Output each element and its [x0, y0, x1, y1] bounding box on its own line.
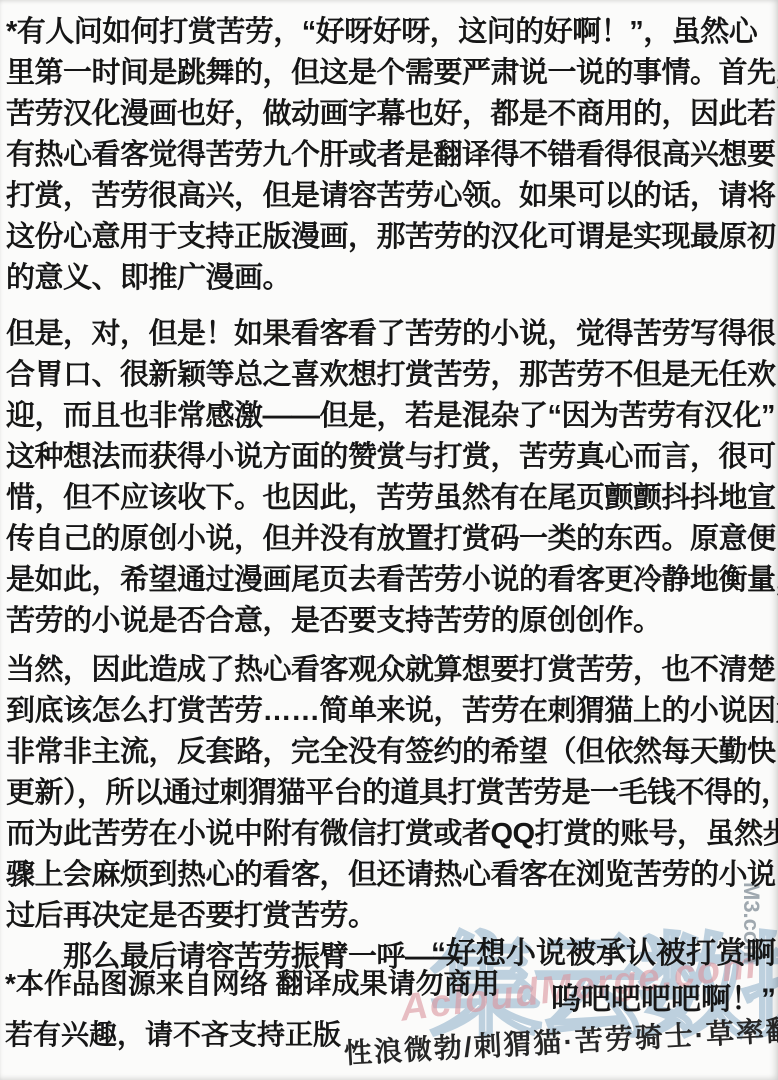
- text-line: 合胃口、很新颖等总之喜欢想打赏苦劳，那苦劳不但是无任欢: [6, 355, 778, 396]
- text-line: 这份心意用于支持正版漫画，那苦劳的汉化可谓是实现最原初: [6, 217, 778, 258]
- quote-line-1: “好想小说被承认被打赏啊: [431, 931, 776, 977]
- text-line: 当然，因此造成了热心看客观众就算想要打赏苦劳，也不清楚: [6, 650, 778, 691]
- paragraph-manga-reward-policy: *有人问如何打赏苦劳，“好呀好呀，这问的好啊！”，虽然心里第一时间是跳舞的，但这…: [6, 12, 778, 299]
- text-line: *有人问如何打赏苦劳，“好呀好呀，这问的好啊！”，虽然心: [6, 12, 778, 53]
- text-line: 里第一时间是跳舞的，但这是个需要严肃说一说的事情。首先，: [6, 53, 778, 94]
- text-line: 惜，但不应该收下。也因此，苦劳虽然有在尾页颤颤抖抖地宣: [6, 478, 778, 519]
- text-line: 这种想法而获得小说方面的赞赏与打赏，苦劳真心而言，很可: [6, 437, 778, 478]
- text-line: 但是，对，但是！如果看客看了苦劳的小说，觉得苦劳写得很: [6, 314, 778, 355]
- text-line: 的意义、即推广漫画。: [6, 258, 778, 299]
- text-line: 而为此苦劳在小说中附有微信打赏或者QQ打赏的账号，虽然步: [6, 814, 778, 855]
- text-line: 更新），所以通过刺猬猫平台的道具打赏苦劳是一毛钱不得的，: [6, 773, 778, 814]
- translator-note-page: 集云数据 AcloudMerge.com M3.com *有人问如何打赏苦劳，“…: [0, 0, 778, 1080]
- text-line: 是如此，希望通过漫画尾页去看苦劳小说的看客更冷静地衡量，: [6, 560, 778, 601]
- text-line: 有热心看客觉得苦劳九个肝或者是翻译得不错看得很高兴想要: [6, 135, 778, 176]
- speech-quote: “好想小说被承认被打赏啊 呜吧吧吧吧啊！”: [431, 931, 776, 1023]
- paragraph-novel-reward-stance: 但是，对，但是！如果看客看了苦劳的小说，觉得苦劳写得很合胃口、很新颖等总之喜欢想…: [6, 314, 778, 642]
- text-line: 迎，而且也非常感激——但是，若是混杂了“因为苦劳有汉化”: [6, 396, 778, 437]
- text-line: 苦劳汉化漫画也好，做动画字幕也好，都是不商用的，因此若: [6, 94, 778, 135]
- text-line: 打赏，苦劳很高兴，但是请容苦劳心领。如果可以的话，请将: [6, 176, 778, 217]
- text-line: 苦劳的小说是否合意，是否要支持苦劳的原创创作。: [6, 601, 778, 642]
- paragraph-how-to-reward: 当然，因此造成了热心看客观众就算想要打赏苦劳，也不清楚到底该怎么打赏苦劳……简单…: [6, 650, 778, 978]
- disclaimer-line-1: *本作品图源来自网络 翻译成果请勿商用: [5, 958, 500, 1009]
- text-line: 传自己的原创小说，但并没有放置打赏码一类的东西。原意便: [6, 519, 778, 560]
- text-line: 骤上会麻烦到热心的看客，但还请热心看客在浏览苦劳的小说: [6, 855, 778, 896]
- text-line: 到底该怎么打赏苦劳……简单来说，苦劳在刺猬猫上的小说因为: [6, 691, 778, 732]
- text-line: 非常非主流，反套路，完全没有签约的希望（但依然每天勤快: [6, 732, 778, 773]
